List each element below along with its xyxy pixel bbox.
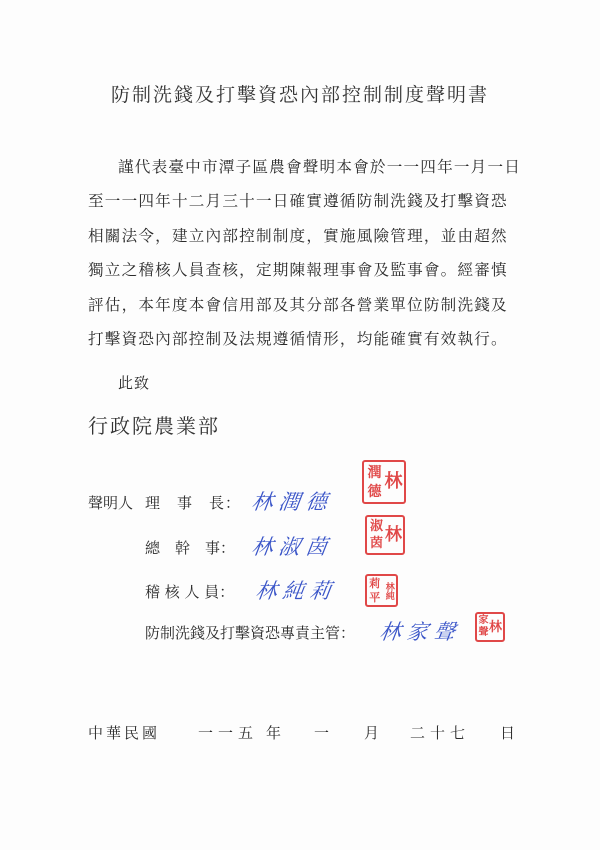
date-year-unit: 年 (266, 722, 281, 743)
signature-aml-officer: 林家聲 (378, 616, 463, 646)
date-month: 一 (314, 722, 329, 743)
signature-chairman: 林潤德 (250, 486, 335, 516)
declaration-body: 謹代表臺中市潭子區農會聲明本會於一一四年一月一日 至一一四年十二月三十一日確實遵… (88, 150, 518, 356)
document-title: 防制洗錢及打擊資恐內部控制制度聲明書 (0, 80, 600, 107)
body-line: 評估，本年度本會信用部及其分部各營業單位防制洗錢及 (88, 288, 518, 322)
closing-salutation: 此致 (118, 372, 150, 393)
role-auditor: 稽 核 人 員： (145, 581, 234, 602)
date-month-unit: 月 (364, 722, 379, 743)
date-day-unit: 日 (500, 722, 515, 743)
body-line: 打擊資恐內部控制及法規遵循情形，均能確實有效執行。 (88, 322, 518, 356)
body-line: 謹代表臺中市潭子區農會聲明本會於一一四年一月一日 (88, 150, 518, 184)
seal-chairman: 潤 德 林 (362, 460, 406, 504)
declarant-label: 聲明人 (88, 492, 133, 513)
role-aml-officer: 防制洗錢及打擊資恐專責主管： (145, 622, 355, 643)
seal-auditor: 莉 平 林純 (365, 574, 398, 607)
signature-general-manager: 林淑茵 (250, 531, 335, 561)
body-line: 獨立之稽核人員查核，定期陳報理事會及監事會。經審慎 (88, 253, 518, 287)
role-general-manager: 總 幹 事： (145, 537, 235, 558)
signature-auditor: 林純莉 (254, 575, 339, 605)
body-line: 相關法令，建立內部控制制度，實施風險管理，並由超然 (88, 219, 518, 253)
body-line: 至一一四年十二月三十一日確實遵循防制洗錢及打擊資恐 (88, 184, 518, 218)
date-year: 一一五 (198, 722, 258, 743)
recipient-agency: 行政院農業部 (88, 410, 220, 439)
seal-aml-officer: 家 聲 林 (475, 612, 505, 642)
seal-general-manager: 淑 茵 林 (365, 515, 405, 555)
role-chairman: 理 事 長： (145, 492, 241, 513)
date-day: 二十七 (410, 722, 470, 743)
date-era: 中華民國 (88, 722, 160, 743)
